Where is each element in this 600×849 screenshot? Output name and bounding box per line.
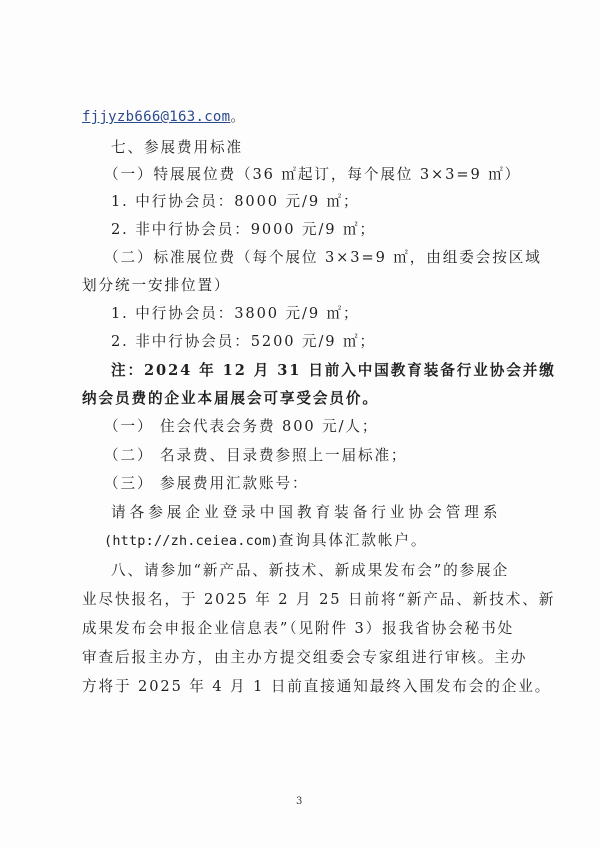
- sub1-item-1: 1. 中行协会员：8000 元/9 ㎡；: [111, 192, 360, 212]
- section-7-heading: 七、参展费用标准: [111, 138, 243, 158]
- email-suffix: 。: [230, 108, 247, 125]
- email-link[interactable]: fjjyzb666@163.com: [82, 109, 230, 125]
- extra-item-1: （一） 住会代表会务费 800 元/人；: [104, 417, 378, 437]
- section-8-line1: 八、请参加“新产品、新技术、新成果发布会”的参展企: [111, 561, 509, 581]
- section-8-line2: 业尽快报名，于 2025 年 2 月 25 日前将“新产品、新技术、新: [82, 590, 555, 610]
- member-note-line2: 纳会员费的企业本届展会可享受会员价。: [82, 389, 379, 409]
- section-7-sub1-title: （一）特展展位费（36 ㎡起订，每个展位 3×3=9 ㎡）: [104, 165, 521, 185]
- member-note-line1: 注：2024 年 12 月 31 日前入中国教育装备行业协会并缴: [111, 361, 556, 381]
- section-8-line5: 方将于 2025 年 4 月 1 日前直接通知最终入围发布会的企业。: [82, 677, 551, 697]
- section-8-line4: 审查后报主办方，由主办方提交组委会专家组进行审核。主办: [82, 648, 527, 668]
- sub2-item-1: 1. 中行协会员：3800 元/9 ㎡；: [111, 304, 360, 324]
- account-line2: (http://zh.ceiea.com)查询具体汇款帐户。: [104, 531, 427, 551]
- extra-item-2: （二） 名录费、目录费参照上一届标准；: [104, 446, 407, 466]
- section-7-sub2-title-line2: 划分统一安排位置）: [82, 276, 230, 296]
- section-8-line3: 成果发布会申报企业信息表”（见附件 3）报我省协会秘书处: [82, 619, 514, 639]
- account-line2-suffix: 查询具体汇款帐户。: [279, 532, 427, 549]
- document-page: fjjyzb666@163.com。 七、参展费用标准 （一）特展展位费（36 …: [0, 0, 600, 849]
- account-url: (http://zh.ceiea.com): [104, 533, 279, 549]
- page-number: 3: [296, 796, 302, 807]
- account-line1: 请各参展企业登录中国教育装备行业协会管理系: [111, 503, 501, 523]
- extra-item-3: （三） 参展费用汇款账号：: [104, 474, 308, 494]
- section-7-sub2-title-line1: （二）标准展位费（每个展位 3×3=9 ㎡，由组委会按区域: [104, 248, 542, 268]
- sub1-item-2: 2. 非中行协会员：9000 元/9 ㎡；: [111, 220, 376, 240]
- sub2-item-2: 2. 非中行协会员：5200 元/9 ㎡；: [111, 332, 376, 352]
- email-line: fjjyzb666@163.com。: [82, 107, 247, 127]
